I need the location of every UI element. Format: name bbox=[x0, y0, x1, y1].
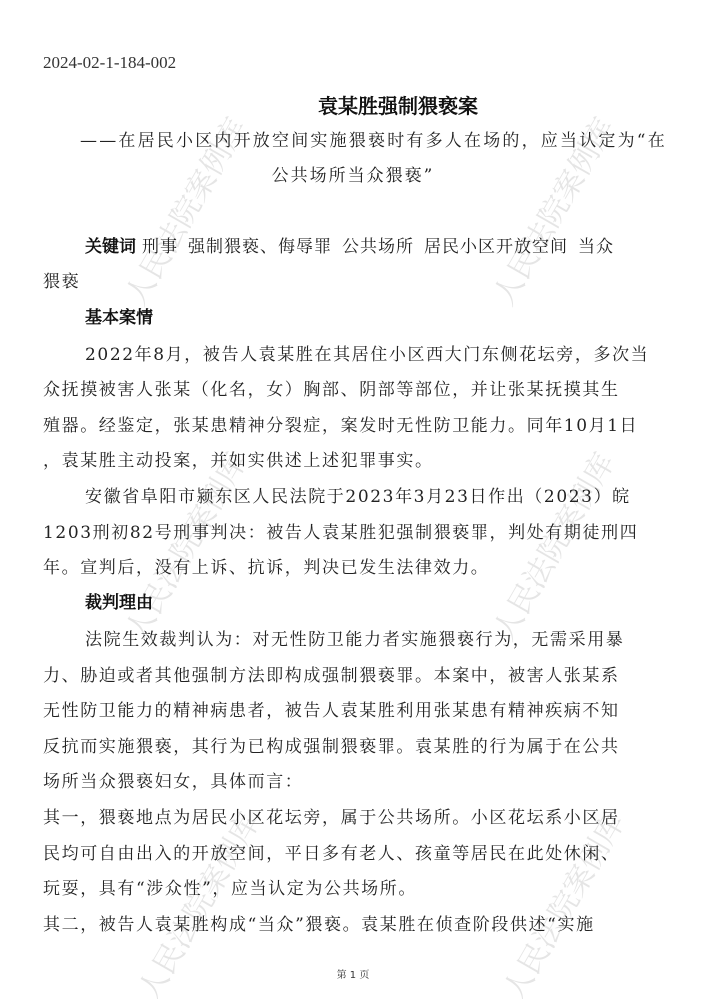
paragraph-line: 力、胁迫或者其他强制方法即构成强制猥亵罪。本案中，被害人张某系 bbox=[43, 661, 620, 686]
paragraph-line: 玩耍，具有“涉众性”，应当认定为公共场所。 bbox=[43, 874, 417, 899]
document-title: 袁某胜强制猥亵案 bbox=[0, 90, 706, 119]
keyword-wrap: 猥亵 bbox=[43, 267, 80, 292]
keyword: 当众 bbox=[578, 237, 614, 257]
watermark: 人民法院案例库 bbox=[480, 443, 623, 647]
paragraph-line: 民均可自由出入的开放空间，平日多有老人、孩童等居民在此处休闲、 bbox=[43, 839, 620, 864]
paragraph-line: 反抗而实施猥亵，其行为已构成强制猥亵罪。袁某胜的行为属于在公共 bbox=[43, 732, 620, 757]
paragraph-line: 1203刑初82号刑事判决：被告人袁某胜犯强制猥亵罪，判处有期徒刑四 bbox=[43, 518, 638, 543]
document-subtitle-line2: 公共场所当众猥亵” bbox=[0, 161, 706, 186]
keyword: 强制猥亵、侮辱罪 bbox=[188, 237, 332, 257]
keywords-label: 关键词 bbox=[85, 237, 136, 257]
paragraph-line: 2022年8月，被告人袁某胜在其居住小区西大门东侧花坛旁，多次当 bbox=[85, 340, 649, 365]
paragraph-line: 其二，被告人袁某胜构成“当众”猥亵。袁某胜在侦查阶段供述“实施 bbox=[43, 910, 595, 935]
watermark: 人民法院案例库 bbox=[112, 443, 255, 647]
paragraph-line: 众抚摸被害人张某（化名，女）胸部、阴部等部位，并让张某抚摸其生 bbox=[43, 375, 620, 400]
keyword: 公共场所 bbox=[342, 237, 414, 257]
paragraph-line: 安徽省阜阳市颍东区人民法院于2023年3月23日作出（2023）皖 bbox=[85, 482, 631, 507]
paragraph-line: 殖器。经鉴定，张某患精神分裂症，案发时无性防卫能力。同年10月1日 bbox=[43, 411, 638, 436]
section-heading-basic-facts: 基本案情 bbox=[85, 303, 153, 328]
section-heading-reasoning: 裁判理由 bbox=[85, 588, 153, 613]
keyword: 居民小区开放空间 bbox=[424, 237, 568, 257]
keywords-line: 关键词刑事强制猥亵、侮辱罪公共场所居民小区开放空间当众 bbox=[85, 232, 624, 257]
paragraph-line: 法院生效裁判认为：对无性防卫能力者实施猥亵行为，无需采用暴 bbox=[85, 625, 624, 650]
paragraph-line: 场所当众猥亵妇女，具体而言： bbox=[43, 767, 303, 792]
paragraph-line: 年。宣判后，没有上诉、抗诉，判决已发生法律效力。 bbox=[43, 553, 489, 578]
document-subtitle-line1: ——在居民小区内开放空间实施猥亵时有多人在场的，应当认定为“在 bbox=[80, 126, 667, 151]
paragraph-line: 其一，猥亵地点为居民小区花坛旁，属于公共场所。小区花坛系小区居 bbox=[43, 803, 620, 828]
case-id: 2024-02-1-184-002 bbox=[43, 53, 176, 73]
keyword: 刑事 bbox=[142, 237, 178, 257]
paragraph-line: ，袁某胜主动投案，并如实供述上述犯罪事实。 bbox=[43, 446, 434, 471]
paragraph-line: 无性防卫能力的精神病患者，被告人袁某胜利用张某患有精神疾病不知 bbox=[43, 696, 620, 721]
page-number: 第 1 页 bbox=[0, 966, 706, 981]
